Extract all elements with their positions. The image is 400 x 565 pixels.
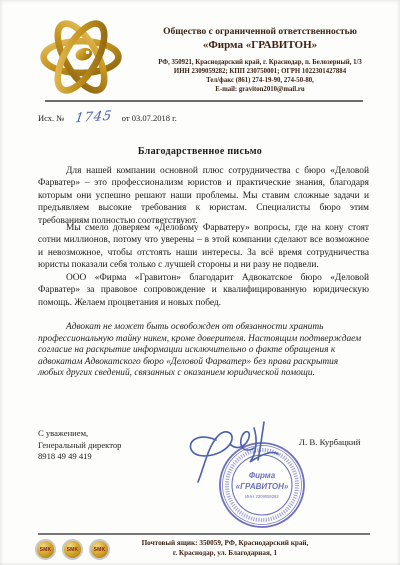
medal-label: SMK: [40, 547, 52, 553]
letter-page: Общество с ограниченной ответственностью…: [0, 0, 400, 565]
confidentiality-disclaimer: Адвокат не может быть освобожден от обяз…: [38, 322, 362, 380]
org-address: РФ, 350921, Краснодарский край, г. Красн…: [126, 58, 394, 67]
paragraph-2: Мы смело доверяем «Деловому Фарватеру» в…: [38, 222, 369, 272]
closing: С уважением,: [38, 428, 121, 440]
letterhead: Общество с ограниченной ответственностью…: [126, 26, 394, 94]
footer-divider: [38, 533, 370, 535]
ref-suffix: от 03.07.2018 г.: [122, 113, 177, 123]
medal-icon: SMK: [35, 539, 56, 560]
medal-label: SMK: [67, 547, 79, 553]
signer-name: Л. В. Курбацкий: [299, 437, 360, 447]
company-logo-atom-icon: [34, 14, 128, 100]
medal-icon: SMK: [62, 539, 83, 560]
letter-title: Благодарственное письмо: [0, 146, 400, 157]
signature-block-left: С уважением, Генеральный директор 8918 4…: [38, 428, 121, 463]
footer-address: Почтовый ящик: 350059, РФ, Краснодарский…: [110, 539, 340, 558]
ref-prefix: Исх. №: [38, 113, 64, 123]
paragraph-1: Для нашей компании основной плюс сотрудн…: [38, 165, 369, 227]
org-requisites: ИНН 2309059282; КПП 230750001; ОГРН 1022…: [126, 67, 394, 76]
org-phone: Тел/факс (861) 274-19-90, 274-50-80,: [126, 76, 394, 85]
medal-label: SMK: [94, 547, 106, 553]
footer-address-line1: Почтовый ящик: 350059, РФ, Краснодарский…: [110, 539, 340, 549]
org-type: Общество с ограниченной ответственностью: [126, 26, 394, 38]
award-medals: SMK SMK SMK: [35, 539, 110, 560]
ref-number-handwritten: 1745: [73, 109, 112, 128]
medal-icon: SMK: [89, 539, 110, 560]
signer-position: Генеральный директор: [38, 440, 121, 452]
org-name: «Фирма «ГРАВИТОН»: [126, 38, 394, 52]
paragraph-3: ООО «Фирма «Гравитон» благодарит Адвокат…: [38, 272, 369, 309]
outgoing-ref-line: Исх. № 1745 от 03.07.2018 г.: [38, 110, 177, 126]
footer-address-line2: г. Краснодар, ул. Благодарная, 1: [110, 549, 340, 559]
header-divider: [45, 100, 363, 102]
stamp-line3: ИНН 2309059282: [245, 494, 279, 499]
handwritten-signature: [178, 410, 298, 485]
signer-phone: 8918 49 49 419: [38, 451, 121, 463]
org-email: E-mail: graviton2010@mail.ru: [126, 85, 394, 94]
